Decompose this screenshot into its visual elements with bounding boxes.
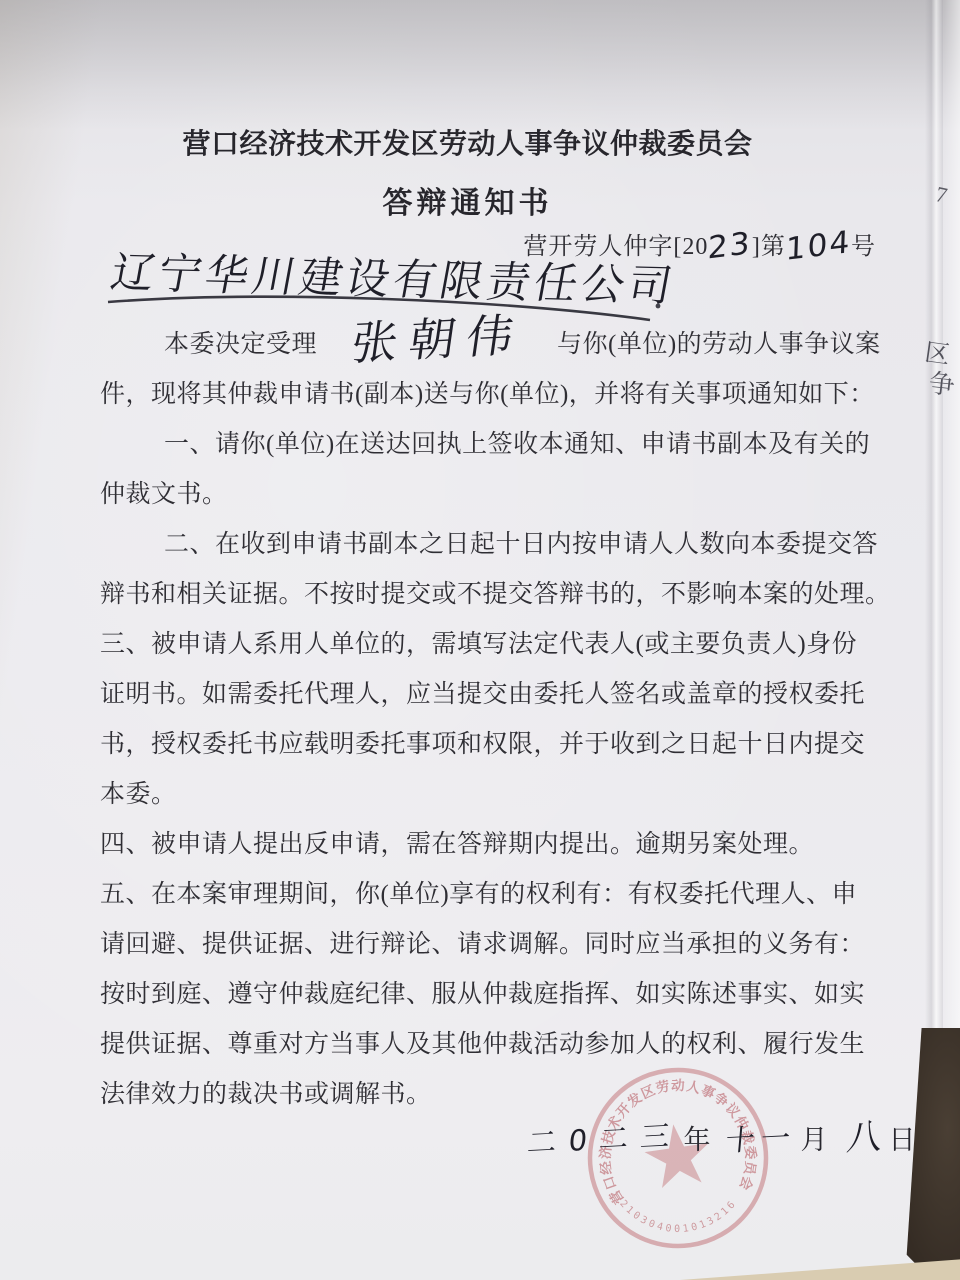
case-year-handwritten: 23 [707,225,752,266]
paper-edge-highlight [944,0,960,1045]
document-line: 三、被申请人系用人单位的，需填写法定代表人(或主要负责人)身份 [100,620,875,670]
date-month-label: 月 [800,1125,827,1155]
document-date: 二0二三年十一月八日 [528,1110,915,1160]
document-line: 按时到庭、遵守仲裁庭纪律、服从仲裁庭指挥、如实陈述事实、如实 [100,970,875,1020]
photographed-document: 7 区 争 营口经济技术开发区劳动人事争议仲裁委员会 答辩通知书 营开劳人仲字[… [0,0,960,1280]
document-line: 五、在本案审理期间，你(单位)享有的权利有：有权委托代理人、申 [100,870,875,920]
photo-top-shadow [0,0,960,130]
edge-fragment-text: 争 [927,363,957,403]
date-year-label: 年 [683,1125,710,1155]
document-body: 本委决定受理张朝伟与你(单位)的劳动人事争议案件，现将其仲裁申请书(副本)送与你… [100,320,875,1120]
date-year-handwritten: 二0二三 [526,1113,684,1162]
document-title: 营口经济技术开发区劳动人事争议仲裁委员会 [0,122,935,162]
document-subtitle: 答辩通知书 [0,178,935,222]
document-line: 二、在收到申请书副本之日起十日内按申请人人数向本委提交答 [100,520,875,570]
document-line: 仲裁文书。 [100,470,875,520]
document-line: 证明书。如需委托代理人，应当提交由委托人签名或盖章的授权委托 [100,670,875,720]
date-month-handwritten: 十一 [724,1115,798,1160]
document-line: 一、请你(单位)在送达回执上签收本通知、申请书副本及有关的 [100,420,875,470]
document-line: 件，现将其仲裁申请书(副本)送与你(单位)，并将有关事项通知如下： [100,370,875,420]
handwritten-underline [98,290,678,336]
date-day-handwritten: 八 [845,1109,885,1161]
document-line: 请回避、提供证据、进行辩论、请求调解。同时应当承担的义务有： [100,920,875,970]
date-day-label: 日 [888,1125,915,1155]
document-line: 辩书和相关证据。不按时提交或不提交答辩书的，不影响本案的处理。 [100,570,875,620]
document-line: 四、被申请人提出反申请，需在答辩期内提出。逾期另案处理。 [100,820,875,870]
case-number-middle: ]第 [752,234,786,260]
document-line: 本委。 [100,770,875,820]
case-number-suffix: 号 [851,234,876,260]
case-serial-handwritten: 104 [785,224,852,268]
document-line: 书，授权委托书应载明委托事项和权限，并于收到之日起十日内提交 [100,720,875,770]
